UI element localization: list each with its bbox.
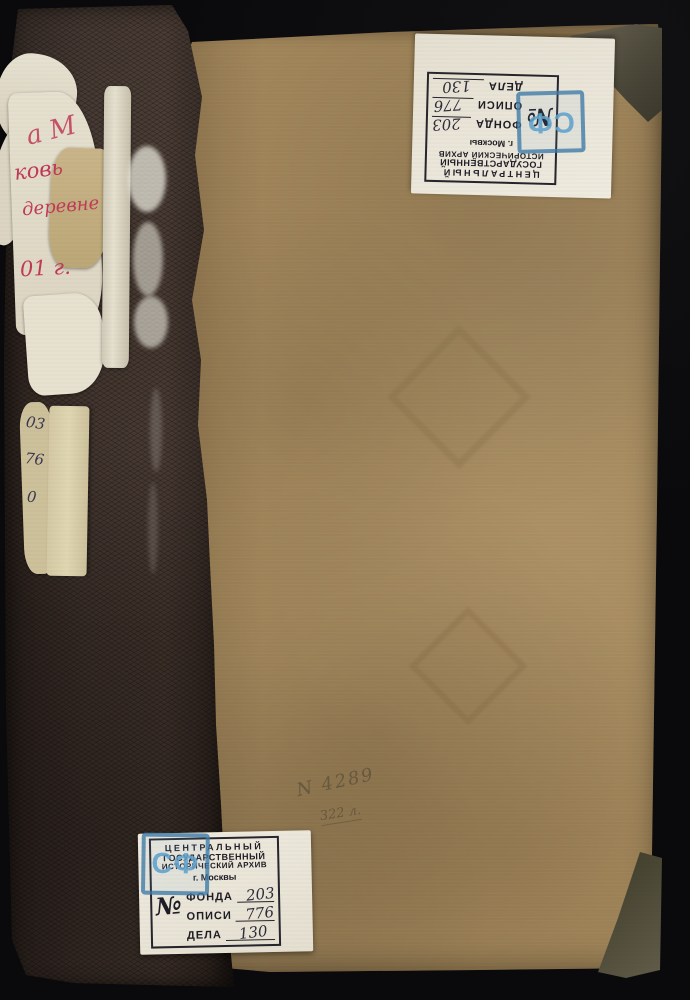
spine-handwriting-year: 01 г. — [19, 255, 71, 282]
delo-label: ДЕЛА — [187, 930, 222, 942]
delo-value: 130 — [238, 922, 268, 943]
side-label-digit: 0 — [26, 488, 37, 507]
fond-line: 203 — [237, 882, 275, 903]
opis-line: 776 — [432, 97, 473, 118]
sf-stamp: СФ — [516, 90, 586, 154]
spine-paper-strip — [102, 86, 131, 368]
side-label-digit: 76 — [24, 449, 45, 469]
archive-label-bottom: ЦЕНТРАЛЬНЫЙ ГОСУДАРСТВЕННЫЙ ИСТОРИЧЕСКИЙ… — [138, 830, 313, 955]
torn-paper-patch — [23, 291, 108, 396]
delo-row: ДЕЛА 130 — [432, 78, 522, 99]
delo-line: 130 — [432, 78, 484, 99]
fond-row: ФОНДА 203 — [431, 116, 521, 137]
white-scuff-mark — [133, 222, 163, 296]
photo-archival-book-cover: N 4289 322 л. а М ковь деревне 01 г. 03 … — [0, 0, 690, 1000]
delo-value: 130 — [441, 76, 471, 96]
white-scuff-mark — [148, 482, 158, 574]
white-scuff-mark — [150, 388, 162, 472]
fond-line: 203 — [431, 116, 471, 137]
number-sign: № — [154, 890, 185, 943]
delo-label: ДЕЛА — [488, 79, 523, 91]
opis-row: ОПИСИ 776 — [432, 97, 522, 118]
archive-label-top: ЦЕНТРАЛЬНЫЙ ГОСУДАРСТВЕННЫЙ ИСТОРИЧЕСКИЙ… — [411, 33, 615, 198]
side-label-digit: 03 — [25, 413, 46, 433]
white-scuff-mark — [128, 146, 166, 212]
sf-stamp: СФ — [141, 833, 210, 896]
spine-side-label-strip — [47, 406, 90, 577]
delo-line: 130 — [226, 920, 275, 941]
opis-line: 776 — [236, 901, 275, 922]
delo-row: ДЕЛА 130 — [187, 921, 275, 942]
white-scuff-mark — [134, 296, 168, 348]
fond-label: ФОНДА — [475, 117, 522, 129]
